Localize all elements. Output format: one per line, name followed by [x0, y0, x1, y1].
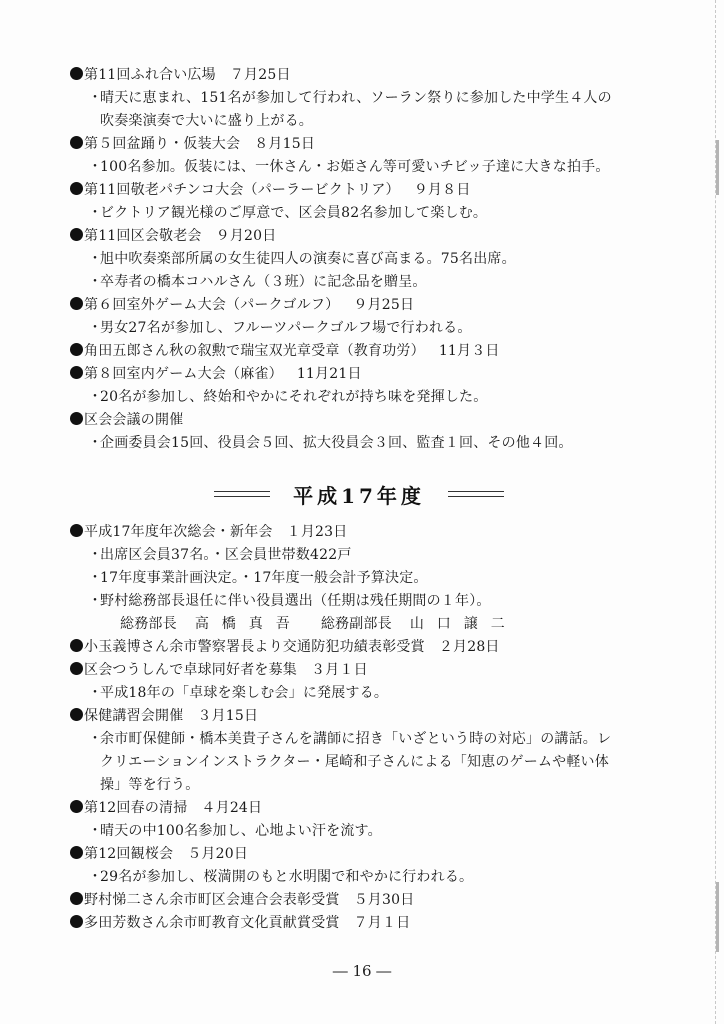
event-title: 区会つうしんで卓球同好者を募集 [84, 662, 297, 678]
event-entry: 第12回春の清掃４月24日・晴天の中100名参加し、心地よい汗を流す。 [70, 797, 690, 843]
middle-dot-icon: ・ [88, 317, 100, 340]
event-title: 第12回春の清掃 [84, 800, 187, 816]
middle-dot-icon: ・ [88, 728, 100, 751]
bullet-dot-icon [70, 297, 83, 310]
event-detail-continuation: 吹奏楽演奏で大いに盛り上がる。 [70, 110, 680, 133]
event-heading: 第５回盆踊り・仮装大会８月15日 [70, 133, 680, 156]
event-heading: 第11回区会敬老会９月20日 [70, 225, 680, 248]
event-heading: 第11回敬老パチンコ大会（パーラービクトリア）９月８日 [70, 179, 680, 202]
event-entry: 小玉義博さん余市警察署長より交通防犯功績表彰受賞２月28日 [70, 636, 690, 659]
event-detail-text: 晴天に恵まれ、151名が参加して行われ、ソーラン祭りに参加した中学生４人の [100, 90, 612, 106]
bullet-dot-icon [70, 662, 83, 675]
bullet-dot-icon [70, 182, 83, 195]
event-detail: ・ビクトリア観光様のご厚意で、区会員82名参加して楽しむ。 [70, 202, 680, 225]
event-detail: ・平成18年の「卓球を楽しむ会」に発展する。 [70, 682, 690, 705]
event-entry: 保健講習会開催３月15日・余市町保健師・橋本美貴子さんを講師に招き「いざという時… [70, 705, 690, 797]
event-heading: 保健講習会開催３月15日 [70, 705, 690, 728]
bullet-dot-icon [70, 708, 83, 721]
event-detail-text: 晴天の中100名参加し、心地よい汗を流す。 [100, 823, 382, 839]
event-title: 第11回ふれ合い広場 [84, 67, 216, 83]
bullet-dot-icon [70, 846, 83, 859]
event-detail: ・野村総務部長退任に伴い役員選出（任期は残任期間の１年）。 [70, 590, 690, 613]
event-entry: 野村悌二さん余市町区会連合会表彰受賞５月30日 [70, 889, 690, 912]
middle-dot-icon: ・ [88, 682, 100, 705]
event-date: ９月20日 [216, 228, 277, 244]
event-detail: ・男女27名が参加し、フルーツパークゴルフ場で行われる。 [70, 317, 680, 340]
bullet-dot-icon [70, 800, 83, 813]
event-heading: 第12回観桜会５月20日 [70, 843, 690, 866]
event-date: ５月30日 [354, 892, 415, 908]
event-detail-continuation: クリエーションインストラクター・尾崎和子さんによる「知恵のゲームや軽い体 [70, 751, 690, 774]
event-date: ７月25日 [230, 67, 291, 83]
event-entry: 第８回室内ゲーム大会（麻雀）11月21日・20名が参加し、終始和やかにそれぞれが… [70, 363, 680, 409]
event-detail-text: 平成18年の「卓球を楽しむ会」に発展する。 [100, 685, 388, 701]
event-detail: ・17年度事業計画決定。・17年度一般会計予算決定。 [70, 567, 690, 590]
bullet-dot-icon [70, 366, 83, 379]
event-date: 11月３日 [439, 343, 500, 359]
event-title: 第６回室外ゲーム大会（パークゴルフ） [84, 297, 339, 313]
event-date: ８月15日 [254, 136, 315, 152]
event-detail-text: 男女27名が参加し、フルーツパークゴルフ場で行われる。 [100, 320, 472, 336]
event-entry: 平成17年度年次総会・新年会１月23日・出席区会員37名。・区会員世帯数422戸… [70, 521, 690, 636]
middle-dot-icon: ・ [88, 87, 100, 110]
middle-dot-icon: ・ [88, 544, 100, 567]
page-edge-mark [716, 882, 719, 952]
event-title: 第12回観桜会 [84, 846, 173, 862]
double-rule-left [214, 491, 270, 497]
event-date: ２月28日 [439, 639, 500, 655]
document-page: 第11回ふれ合い広場７月25日・晴天に恵まれ、151名が参加して行われ、ソーラン… [0, 0, 724, 1024]
section-heading-text: 平成17年度 [293, 480, 425, 509]
middle-dot-icon: ・ [88, 248, 100, 271]
bullet-dot-icon [70, 67, 83, 80]
event-title: 第８回室内ゲーム大会（麻雀） [84, 366, 283, 382]
event-heading: 多田芳数さん余市町教育文化貢献賞受賞７月１日 [70, 912, 690, 935]
event-detail: ・余市町保健師・橋本美貴子さんを講師に招き「いざという時の対応」の講話。レ [70, 728, 690, 751]
officer-name: 山口譲二 [410, 616, 518, 632]
event-title: 角田五郎さん秋の叙勲で瑞宝双光章受章（教育功労） [84, 343, 425, 359]
event-detail-text: 17年度事業計画決定。・17年度一般会計予算決定。 [100, 570, 428, 586]
event-detail-text: 100名参加。仮装には、一休さん・お姫さん等可愛いチビッ子達に大きな拍手。 [100, 159, 610, 175]
event-entry: 多田芳数さん余市町教育文化貢献賞受賞７月１日 [70, 912, 690, 935]
double-rule-right [448, 491, 504, 497]
middle-dot-icon: ・ [88, 567, 100, 590]
event-heading: 第８回室内ゲーム大会（麻雀）11月21日 [70, 363, 680, 386]
event-title: 第５回盆踊り・仮装大会 [84, 136, 240, 152]
event-heading: 小玉義博さん余市警察署長より交通防犯功績表彰受賞２月28日 [70, 636, 690, 659]
event-detail: ・晴天の中100名参加し、心地よい汗を流す。 [70, 820, 690, 843]
event-date: ９月25日 [353, 297, 414, 313]
officer-role: 総務部長 [120, 616, 177, 632]
event-detail-text: 出席区会員37名。・区会員世帯数422戸 [100, 547, 352, 563]
section-heading: 平成17年度 [214, 478, 504, 510]
event-detail-text: ビクトリア観光様のご厚意で、区会員82名参加して楽しむ。 [100, 205, 487, 221]
event-detail: ・晴天に恵まれ、151名が参加して行われ、ソーラン祭りに参加した中学生４人の [70, 87, 680, 110]
middle-dot-icon: ・ [88, 156, 100, 179]
event-heading: 野村悌二さん余市町区会連合会表彰受賞５月30日 [70, 889, 690, 912]
middle-dot-icon: ・ [88, 386, 100, 409]
event-title: 保健講習会開催 [84, 708, 183, 724]
event-entry: 第６回室外ゲーム大会（パークゴルフ）９月25日・男女27名が参加し、フルーツパー… [70, 294, 680, 340]
event-heading: 第11回ふれ合い広場７月25日 [70, 64, 680, 87]
event-heading: 区会つうしんで卓球同好者を募集３月１日 [70, 659, 690, 682]
event-date: １月23日 [287, 524, 348, 540]
middle-dot-icon: ・ [88, 820, 100, 843]
event-entry: 第11回区会敬老会９月20日・旭中吹奏楽部所属の女生徒四人の演奏に喜び高まる。7… [70, 225, 680, 294]
events-list-previous-year: 第11回ふれ合い広場７月25日・晴天に恵まれ、151名が参加して行われ、ソーラン… [70, 64, 680, 455]
event-detail-text: 卒寿者の橋本コハルさん（３班）に記念品を贈呈。 [100, 274, 427, 290]
event-detail-text: 20名が参加し、終始和やかにそれぞれが持ち味を発揮した。 [100, 389, 487, 405]
event-title: 平成17年度年次総会・新年会 [84, 524, 273, 540]
event-title: 第11回敬老パチンコ大会（パーラービクトリア） [84, 182, 400, 198]
event-date: ５月20日 [187, 846, 248, 862]
event-detail-text: 29名が参加し、桜満開のもと水明閣で和やかに行われる。 [100, 869, 473, 885]
event-detail-text: 企画委員会15回、役員会５回、拡大役員会３回、監査１回、その他４回。 [100, 435, 573, 451]
event-title: 多田芳数さん余市町教育文化貢献賞受賞 [84, 915, 340, 931]
officer-role: 総務副部長 [321, 616, 392, 632]
event-entry: 第11回敬老パチンコ大会（パーラービクトリア）９月８日・ビクトリア観光様のご厚意… [70, 179, 680, 225]
bullet-dot-icon [70, 915, 83, 928]
event-heading: 第６回室外ゲーム大会（パークゴルフ）９月25日 [70, 294, 680, 317]
event-title: 野村悌二さん余市町区会連合会表彰受賞 [84, 892, 340, 908]
event-title: 小玉義博さん余市警察署長より交通防犯功績表彰受賞 [84, 639, 425, 655]
event-title: 第11回区会敬老会 [84, 228, 202, 244]
event-date: 11月21日 [297, 366, 362, 382]
event-detail-text: 旭中吹奏楽部所属の女生徒四人の演奏に喜び高まる。75名出席。 [100, 251, 516, 267]
event-title: 区会会議の開催 [84, 412, 183, 428]
middle-dot-icon: ・ [88, 202, 100, 225]
middle-dot-icon: ・ [88, 590, 100, 613]
bullet-dot-icon [70, 343, 83, 356]
event-heading: 第12回春の清掃４月24日 [70, 797, 690, 820]
event-detail-text: 余市町保健師・橋本美貴子さんを講師に招き「いざという時の対応」の講話。レ [100, 731, 611, 747]
middle-dot-icon: ・ [88, 271, 100, 294]
event-detail: ・企画委員会15回、役員会５回、拡大役員会３回、監査１回、その他４回。 [70, 432, 680, 455]
event-entry: 角田五郎さん秋の叙勲で瑞宝双光章受章（教育功労）11月３日 [70, 340, 680, 363]
event-detail: ・出席区会員37名。・区会員世帯数422戸 [70, 544, 690, 567]
bullet-dot-icon [70, 524, 83, 537]
event-entry: 区会会議の開催・企画委員会15回、役員会５回、拡大役員会３回、監査１回、その他４… [70, 409, 680, 455]
event-heading: 角田五郎さん秋の叙勲で瑞宝双光章受章（教育功労）11月３日 [70, 340, 680, 363]
event-detail: ・卒寿者の橋本コハルさん（３班）に記念品を贈呈。 [70, 271, 680, 294]
event-date: ４月24日 [201, 800, 262, 816]
officer-name: 高橋真吾 [195, 616, 303, 632]
bullet-dot-icon [70, 412, 83, 425]
event-entry: 第11回ふれ合い広場７月25日・晴天に恵まれ、151名が参加して行われ、ソーラン… [70, 64, 680, 133]
bullet-dot-icon [70, 228, 83, 241]
event-date: ３月15日 [197, 708, 258, 724]
events-list-h17: 平成17年度年次総会・新年会１月23日・出席区会員37名。・区会員世帯数422戸… [70, 521, 690, 935]
event-detail: ・29名が参加し、桜満開のもと水明閣で和やかに行われる。 [70, 866, 690, 889]
event-heading: 平成17年度年次総会・新年会１月23日 [70, 521, 690, 544]
bullet-dot-icon [70, 136, 83, 149]
event-heading: 区会会議の開催 [70, 409, 680, 432]
bullet-dot-icon [70, 639, 83, 652]
event-date: ９月８日 [414, 182, 471, 198]
event-entry: 区会つうしんで卓球同好者を募集３月１日・平成18年の「卓球を楽しむ会」に発展する… [70, 659, 690, 705]
event-detail: ・20名が参加し、終始和やかにそれぞれが持ち味を発揮した。 [70, 386, 680, 409]
event-date: ７月１日 [354, 915, 411, 931]
event-detail: ・旭中吹奏楽部所属の女生徒四人の演奏に喜び高まる。75名出席。 [70, 248, 680, 271]
event-entry: 第12回観桜会５月20日・29名が参加し、桜満開のもと水明閣で和やかに行われる。 [70, 843, 690, 889]
page-number: ― 16 ― [0, 962, 724, 980]
event-entry: 第５回盆踊り・仮装大会８月15日・100名参加。仮装には、一休さん・お姫さん等可… [70, 133, 680, 179]
event-date: ３月１日 [311, 662, 368, 678]
middle-dot-icon: ・ [88, 866, 100, 889]
event-detail-text: 野村総務部長退任に伴い役員選出（任期は残任期間の１年）。 [100, 593, 491, 609]
event-detail-continuation: 操」等を行う。 [70, 774, 690, 797]
event-detail: ・100名参加。仮装には、一休さん・お姫さん等可愛いチビッ子達に大きな拍手。 [70, 156, 680, 179]
bullet-dot-icon [70, 892, 83, 905]
middle-dot-icon: ・ [88, 432, 100, 455]
officer-appointments: 総務部長高橋真吾総務副部長山口譲二 [70, 613, 690, 636]
page-edge-mark [716, 140, 719, 195]
